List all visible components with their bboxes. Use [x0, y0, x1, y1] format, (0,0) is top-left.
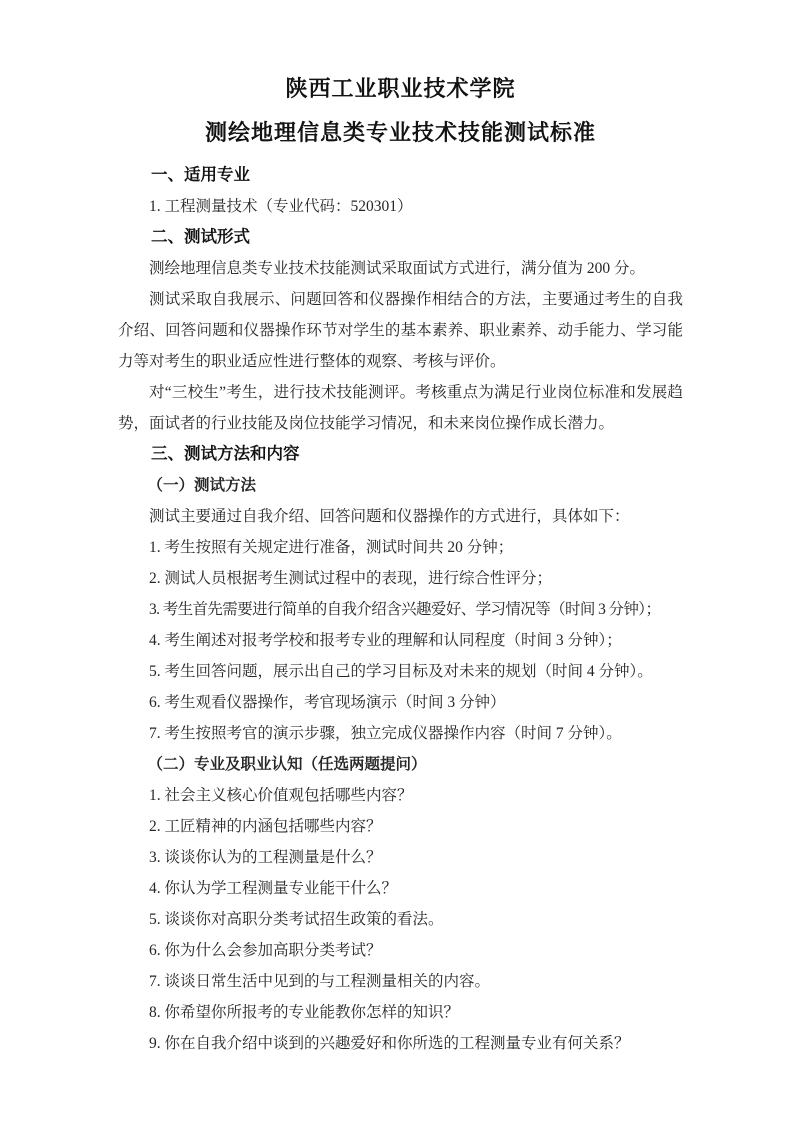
doc-subtitle: 测绘地理信息类专业技术技能测试标准 — [118, 118, 683, 148]
paragraph-sanxiaosheng-note: 对“三校生”考生，进行技术技能测评。考核重点为满足行业岗位标准和发展趋势，面试者… — [118, 377, 683, 439]
question-5: 5. 谈谈你对高职分类考试招生政策的看法。 — [118, 904, 683, 935]
method-step-2: 2. 测试人员根据考生测试过程中的表现，进行综合性评分； — [118, 563, 683, 594]
subsection-heading-test-method: （一）测试方法 — [118, 470, 683, 501]
method-step-3: 3. 考生首先需要进行简单的自我介绍含兴趣爱好、学习情况等（时间 3 分钟）； — [118, 594, 683, 625]
question-6: 6. 你为什么会参加高职分类考试？ — [118, 935, 683, 966]
question-1: 1. 社会主义核心价值观包括哪些内容？ — [118, 780, 683, 811]
method-step-5: 5. 考生回答问题，展示出自己的学习目标及对未来的规划（时间 4 分钟）。 — [118, 656, 683, 687]
section-heading-method-content: 三、测试方法和内容 — [118, 439, 683, 470]
method-step-4: 4. 考生阐述对报考学校和报考专业的理解和认同程度（时间 3 分钟）； — [118, 625, 683, 656]
paragraph-test-format-score: 测绘地理信息类专业技术技能测试采取面试方式进行，满分值为 200 分。 — [118, 253, 683, 284]
method-step-1: 1. 考生按照有关规定进行准备，测试时间共 20 分钟； — [118, 532, 683, 563]
doc-title: 陕西工业职业技术学院 — [118, 74, 683, 104]
question-2: 2. 工匠精神的内涵包括哪些内容？ — [118, 811, 683, 842]
question-3: 3. 谈谈你认为的工程测量是什么？ — [118, 842, 683, 873]
question-7: 7. 谈谈日常生活中见到的与工程测量相关的内容。 — [118, 966, 683, 997]
section-heading-applicable-majors: 一、适用专业 — [118, 160, 683, 191]
document-page: 陕西工业职业技术学院 测绘地理信息类专业技术技能测试标准 一、适用专业 1. 工… — [0, 0, 794, 1123]
major-list-item: 1. 工程测量技术（专业代码：520301） — [118, 191, 683, 222]
question-8: 8. 你希望你所报考的专业能教你怎样的知识？ — [118, 997, 683, 1028]
section-heading-test-format: 二、测试形式 — [118, 222, 683, 253]
method-step-6: 6. 考生观看仪器操作，考官现场演示（时间 3 分钟） — [118, 687, 683, 718]
question-9: 9. 你在自我介绍中谈到的兴趣爱好和你所选的工程测量专业有何关系？ — [118, 1028, 683, 1059]
subsection-heading-cognition-questions: （二）专业及职业认知（任选两题提问） — [118, 749, 683, 780]
question-4: 4. 你认为学工程测量专业能干什么？ — [118, 873, 683, 904]
method-intro-line: 测试主要通过自我介绍、回答问题和仪器操作的方式进行，具体如下： — [118, 501, 683, 532]
paragraph-test-method-overview: 测试采取自我展示、问题回答和仪器操作相结合的方法，主要通过考生的自我介绍、回答问… — [118, 284, 683, 377]
method-step-7: 7. 考生按照考官的演示步骤，独立完成仪器操作内容（时间 7 分钟）。 — [118, 718, 683, 749]
